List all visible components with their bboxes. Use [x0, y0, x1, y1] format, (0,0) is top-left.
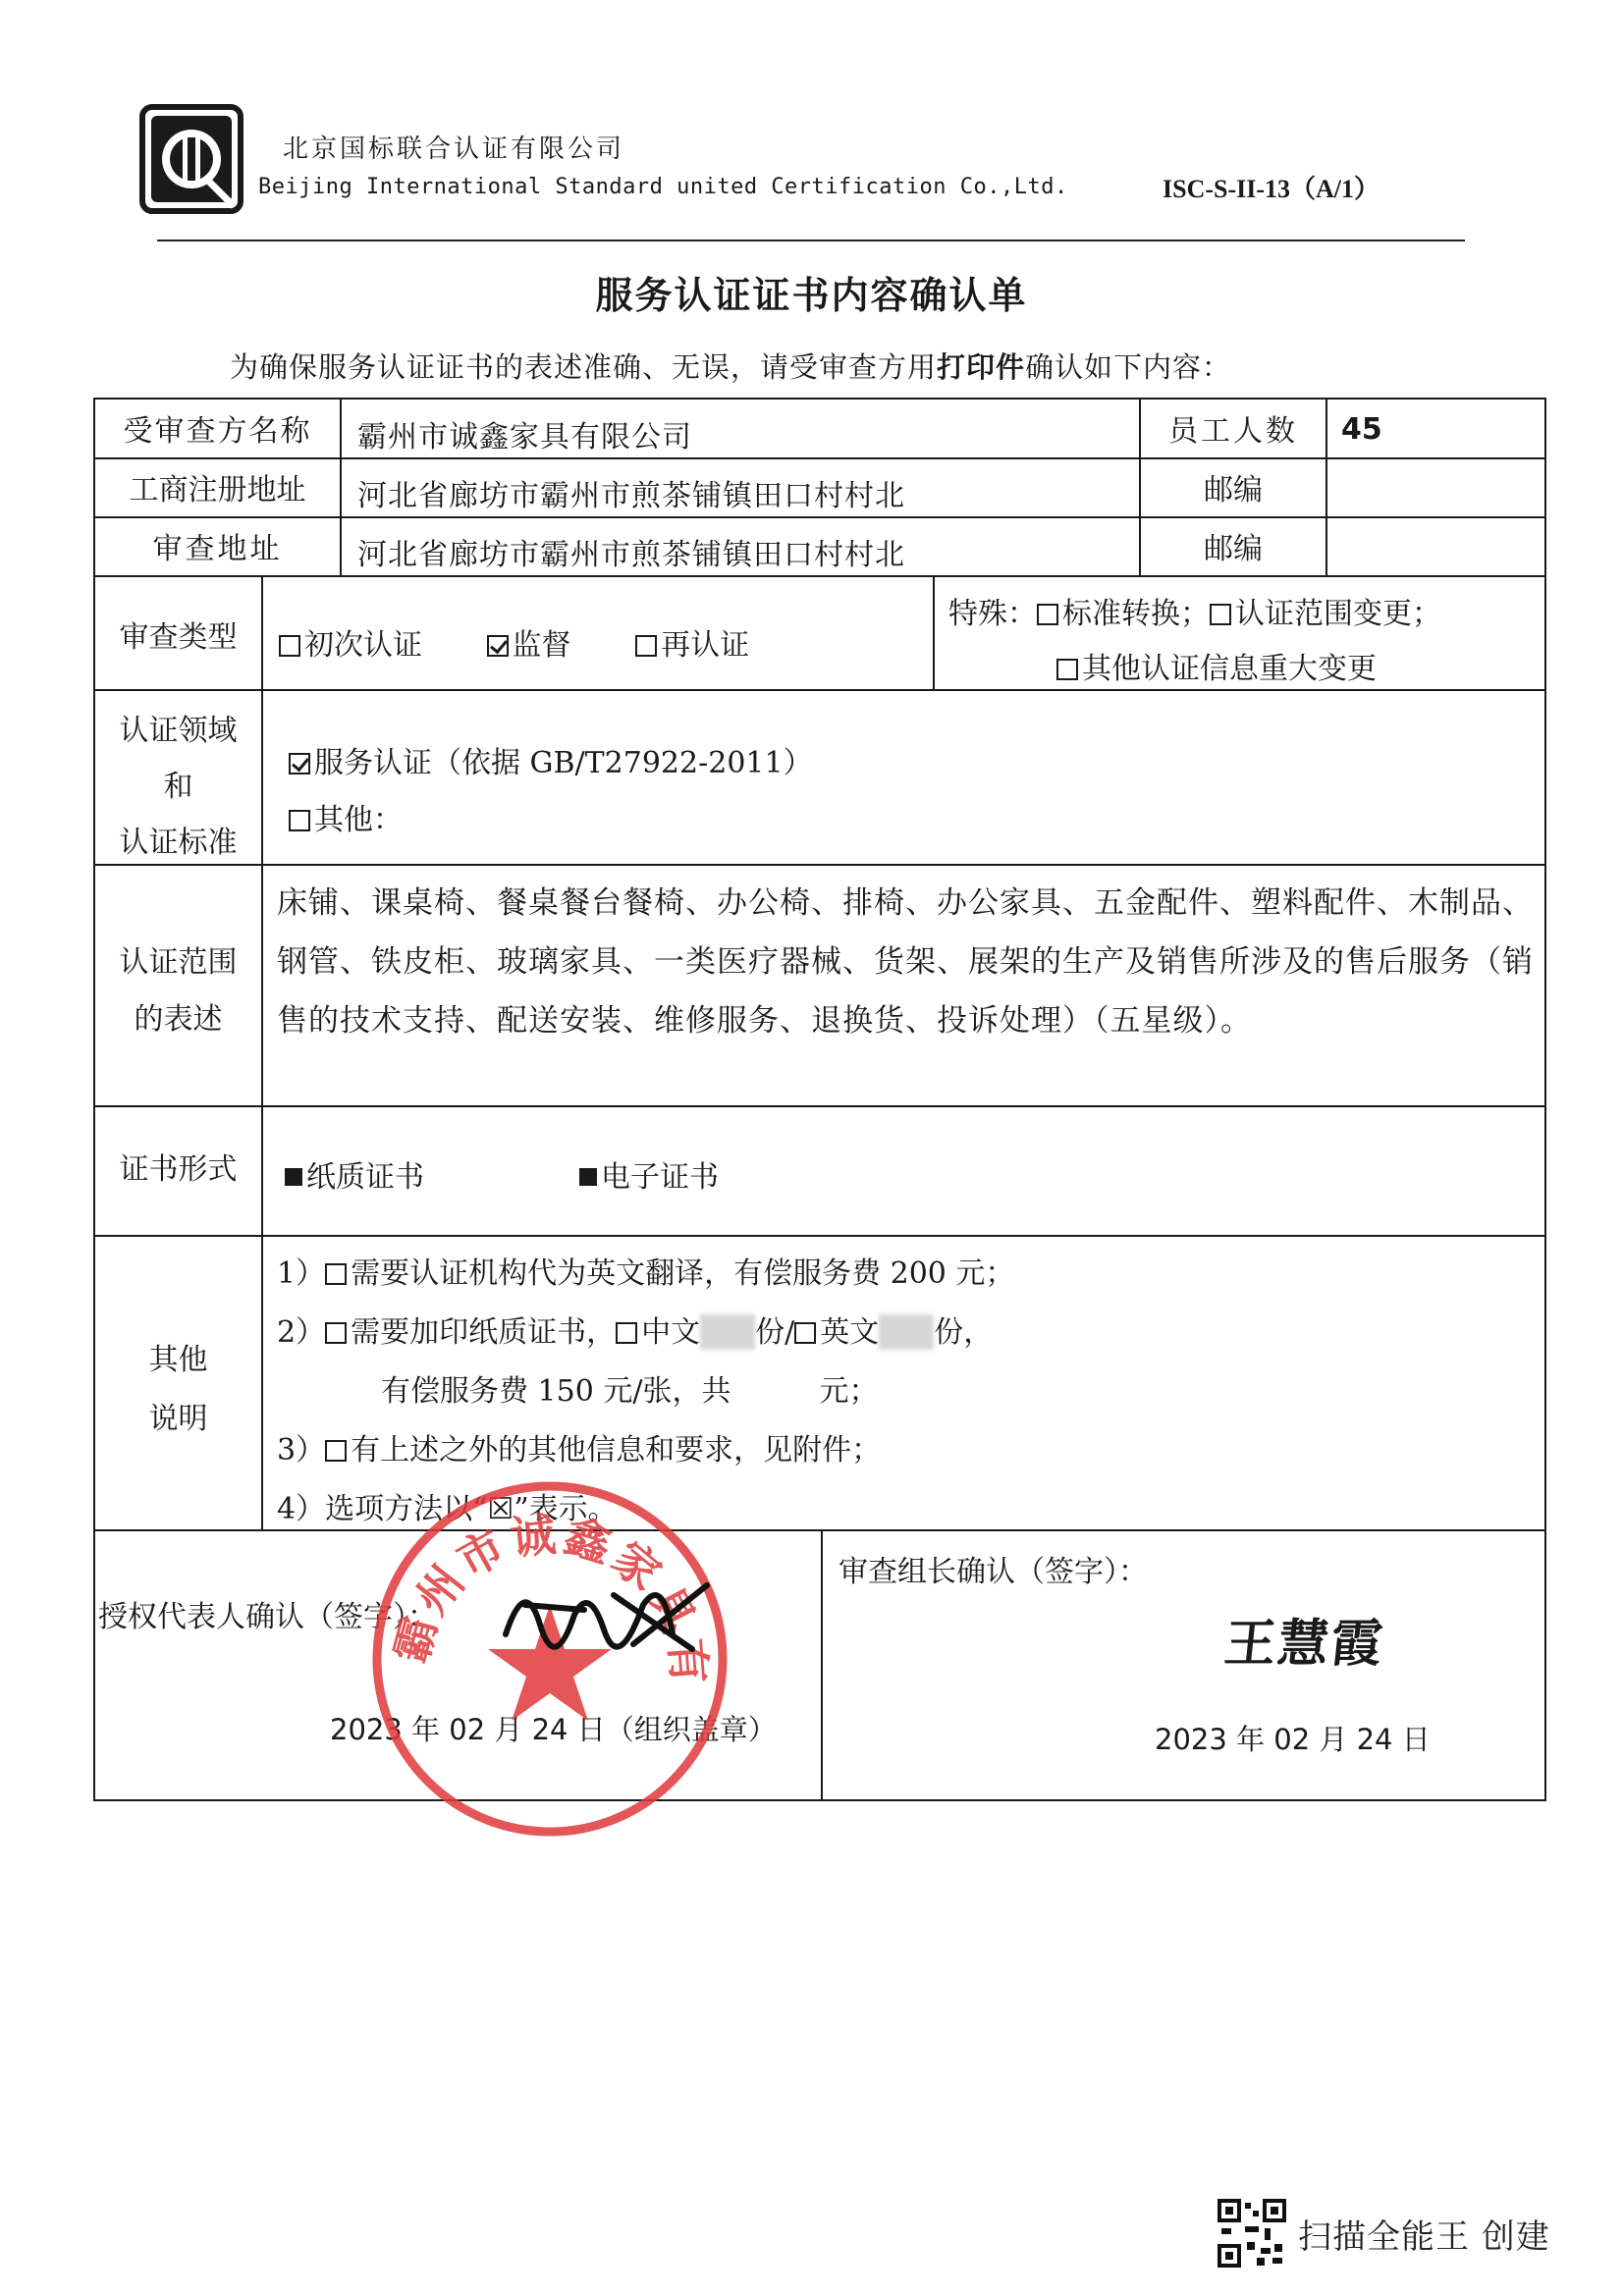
checkbox[interactable]: [616, 1322, 637, 1344]
special-options-line2: 其他认证信息重大变更: [1056, 644, 1377, 687]
notes-item-3: 3）有上述之外的其他信息和要求，见附件；: [277, 1425, 881, 1468]
checkbox[interactable]: [1037, 604, 1058, 625]
checkbox[interactable]: [325, 1263, 347, 1285]
scanner-watermark: 扫描全能王 创建: [1217, 2199, 1550, 2268]
audit-address-value: 河北省廊坊市霸州市煎茶铺镇田口村村北: [357, 530, 905, 573]
rep-signature: [496, 1566, 722, 1659]
lead-confirm-date: 2023 年 02 月 24 日: [1155, 1718, 1431, 1758]
checkbox[interactable]: [1210, 604, 1231, 625]
company-name-en: Beijing International Standard united Ce…: [258, 175, 1068, 199]
auditee-name-label: 受审查方名称: [95, 412, 340, 451]
filled-checkbox[interactable]: [285, 1168, 302, 1186]
special-scope-change[interactable]: 认证范围变更；: [1210, 597, 1441, 631]
intro-after: 确认如下内容：: [1025, 350, 1231, 384]
checkbox[interactable]: [1056, 659, 1078, 680]
cert-form-electronic-option[interactable]: 电子证书: [579, 1152, 719, 1196]
domain-other-option[interactable]: 其他：: [289, 795, 403, 838]
col-divider: [261, 575, 263, 1529]
header-divider: [157, 240, 1465, 241]
company-seal-stamp: 霸州市诚鑫家具有限公司: [368, 1477, 731, 1841]
lead-confirm-label: 审查组长确认（签字）：: [839, 1547, 1148, 1590]
special-standard-transition[interactable]: 标准转换；: [1037, 597, 1210, 631]
row-divider: [93, 516, 1546, 518]
intro-bold: 打印件: [937, 350, 1025, 384]
isc-logo-icon: [139, 104, 243, 214]
scope-label: 认证范围 的表述: [95, 934, 261, 1048]
col-divider: [933, 575, 935, 689]
qr-code-icon: [1217, 2199, 1286, 2268]
audit-address-label: 审查地址: [95, 530, 340, 568]
special-options-line1: 特殊：标准转换；认证范围变更；: [948, 589, 1441, 632]
intro-text: 为确保服务认证证书的表述准确、无误，请受审查方用打印件确认如下内容：: [230, 346, 1231, 386]
checkbox[interactable]: [279, 635, 300, 657]
row-divider: [93, 1105, 1546, 1107]
certificate-confirmation-page: 北京国标联合认证有限公司 Beijing International Stand…: [0, 0, 1623, 2296]
audit-type-label: 审查类型: [95, 618, 261, 657]
redacted-field: [700, 1314, 755, 1350]
checkbox[interactable]: [325, 1322, 347, 1344]
col-divider: [340, 398, 342, 575]
audit-type-surveillance[interactable]: 监督: [487, 628, 571, 663]
notes-item-2-fee: 有偿服务费 150 元/张，共元；: [381, 1366, 878, 1410]
col-divider: [821, 1529, 823, 1801]
audit-type-initial[interactable]: 初次认证: [279, 628, 422, 663]
row-divider: [93, 575, 1546, 577]
checkbox[interactable]: [325, 1440, 347, 1462]
reg-address-label: 工商注册地址: [95, 471, 340, 509]
lead-signature: 王慧霞: [1221, 1602, 1388, 1676]
col-divider: [1325, 398, 1327, 575]
filled-checkbox[interactable]: [579, 1168, 597, 1186]
postcode-label: 邮编: [1141, 530, 1325, 568]
cert-form-paper-option[interactable]: 纸质证书: [285, 1152, 424, 1196]
audit-type-recertification[interactable]: 再认证: [635, 628, 749, 663]
redacted-field: [879, 1314, 934, 1350]
row-divider: [93, 1529, 1546, 1531]
company-name-cn: 北京国标联合认证有限公司: [283, 129, 624, 165]
watermark-text: 扫描全能王 创建: [1298, 2210, 1550, 2258]
audit-type-options: 初次认证 监督 再认证: [279, 620, 749, 664]
intro-before: 为确保服务认证证书的表述准确、无误，请受审查方用: [230, 350, 937, 384]
checkbox-checked[interactable]: [289, 753, 310, 774]
row-divider: [93, 864, 1546, 866]
row-divider: [93, 689, 1546, 691]
scope-text: 床铺、课桌椅、餐桌餐台餐椅、办公椅、排椅、办公家具、五金配件、塑料配件、木制品、…: [277, 874, 1543, 1050]
domain-label: 认证领域 和 认证标准: [95, 703, 261, 871]
checkbox[interactable]: [635, 635, 657, 657]
employees-label: 员工人数: [1141, 412, 1325, 451]
reg-address-value: 河北省廊坊市霸州市煎茶铺镇田口村村北: [357, 471, 905, 514]
domain-service-option[interactable]: 服务认证（依据 GB/T27922-2011）: [289, 738, 813, 781]
notes-item-2: 2）需要加印纸质证书，中文份/英文份，: [277, 1308, 993, 1351]
notes-label: 其他 说明: [95, 1331, 261, 1449]
checkbox[interactable]: [794, 1322, 816, 1344]
auditee-name-value: 霸州市诚鑫家具有限公司: [357, 412, 692, 455]
employees-value: 45: [1341, 412, 1382, 447]
postcode-label: 邮编: [1141, 471, 1325, 509]
document-code: ISC-S-II-13（A/1）: [1163, 169, 1380, 205]
checkbox[interactable]: [289, 810, 310, 831]
page-title: 服务认证证书内容确认单: [0, 265, 1623, 319]
notes-item-1: 1）需要认证机构代为英文翻译，有偿服务费 200 元；: [277, 1249, 1014, 1292]
checkbox-checked[interactable]: [487, 635, 509, 657]
special-major-change[interactable]: 其他认证信息重大变更: [1056, 652, 1377, 686]
row-divider: [93, 457, 1546, 459]
cert-form-label: 证书形式: [95, 1150, 261, 1189]
row-divider: [93, 1235, 1546, 1237]
